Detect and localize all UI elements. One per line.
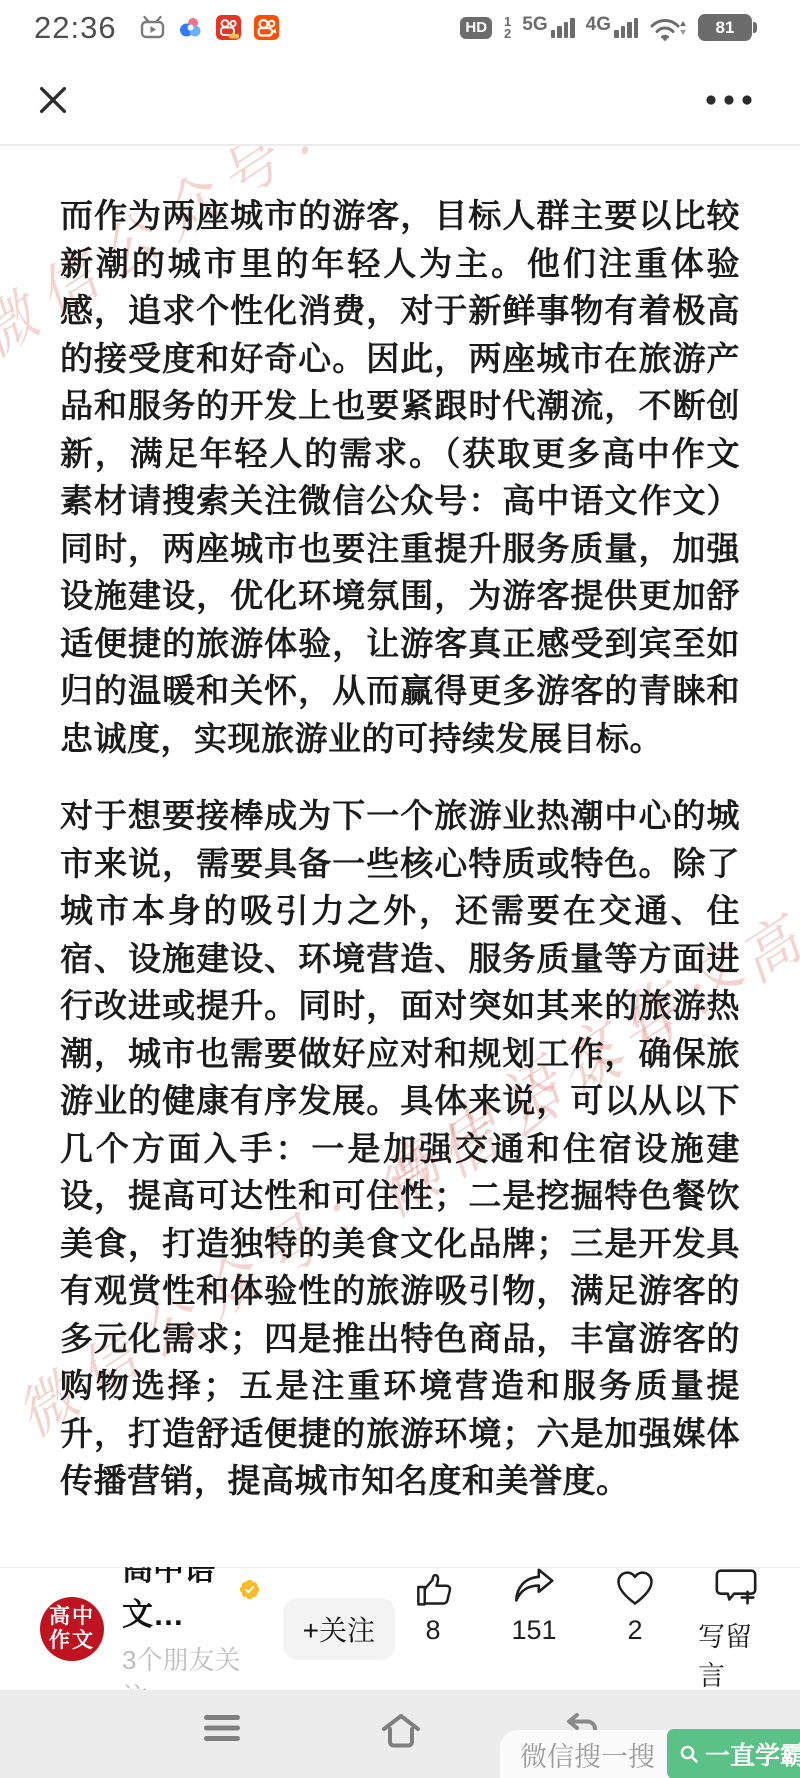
more-options-icon[interactable] [704, 94, 754, 106]
share-arrow-icon [511, 1566, 557, 1608]
like-action[interactable]: 8 [395, 1566, 471, 1693]
battery-percent: 81 [716, 18, 735, 38]
account-avatar[interactable]: 高中 作文 [40, 1597, 104, 1661]
article-paragraph: 对于想要接棒成为下一个旅游业热潮中心的城市来说，需要具备一些核心特质或特色。除了… [60, 794, 740, 1507]
signal-4g: 4G [586, 18, 638, 38]
clock: 22:36 [34, 10, 117, 46]
wechat-search-widget[interactable]: 微信搜一搜 一直学霸 [500, 1730, 800, 1778]
signal-bars-icon [551, 18, 575, 38]
avatar-text-line2: 作文 [49, 1629, 95, 1653]
account-bar: 高中 作文 高中语文… 3个朋友关注 +关注 [0, 1567, 800, 1690]
battery-indicator: 81 [698, 14, 752, 41]
share-action[interactable]: 151 [496, 1566, 572, 1693]
sim2-label: 2 [504, 28, 511, 40]
search-cta-button[interactable]: 一直学霸 [667, 1729, 800, 1778]
tv-app-icon [140, 15, 165, 40]
engagement-actions: 8 151 2 写留言 [395, 1566, 774, 1693]
magnifier-icon [679, 1744, 699, 1764]
article-body: 微信公众号：高中语文作文 微信公众号：高中语文作文 微信公众号：高中语文作文 而… [0, 146, 800, 1567]
wifi-icon [649, 14, 687, 42]
share-count: 151 [511, 1615, 556, 1646]
avatar-text-line1: 高中 [49, 1605, 95, 1629]
status-bar: 22:36 [0, 0, 800, 55]
status-bar-left: 22:36 [34, 10, 279, 46]
like-count: 8 [425, 1615, 440, 1646]
dual-sim-indicator: 1 2 [504, 16, 511, 40]
thumbs-up-icon [411, 1566, 455, 1608]
menu-icon[interactable] [200, 1712, 244, 1744]
comment-plus-icon [713, 1566, 759, 1608]
verified-badge-icon [240, 1576, 259, 1603]
close-icon[interactable] [36, 83, 70, 117]
netdisk-app-icon [178, 15, 203, 40]
signal-bars-icon [614, 18, 638, 38]
orange-video-app-icon [254, 15, 279, 40]
signal-5g: 5G [522, 18, 574, 38]
wechat-article-page: 22:36 [0, 0, 800, 1778]
account-info: 高中语文… 3个朋友关注 [122, 1544, 259, 1714]
heart-action[interactable]: 2 [597, 1566, 673, 1693]
follow-button[interactable]: +关注 [283, 1598, 395, 1660]
network-5g-label: 5G [522, 18, 547, 32]
comment-action[interactable]: 写留言 [698, 1566, 774, 1693]
article-header [0, 55, 800, 146]
network-4g-label: 4G [586, 18, 611, 32]
search-cta-label: 一直学霸 [705, 1736, 800, 1772]
comment-heart-count: 2 [627, 1615, 642, 1646]
heart-icon [613, 1566, 657, 1608]
red-video-app-icon [216, 15, 241, 40]
status-bar-right: HD 1 2 5G 4G [460, 14, 752, 42]
search-widget-label: 微信搜一搜 [520, 1735, 655, 1774]
hd-call-icon: HD [460, 17, 492, 39]
article-paragraph: 而作为两座城市的游客，目标人群主要以比较新潮的城市里的年轻人为主。他们注重体验感… [60, 146, 740, 764]
home-icon[interactable] [378, 1712, 424, 1750]
system-nav-bar: 微信搜一搜 一直学霸 [0, 1690, 800, 1778]
comment-label: 写留言 [698, 1615, 774, 1693]
